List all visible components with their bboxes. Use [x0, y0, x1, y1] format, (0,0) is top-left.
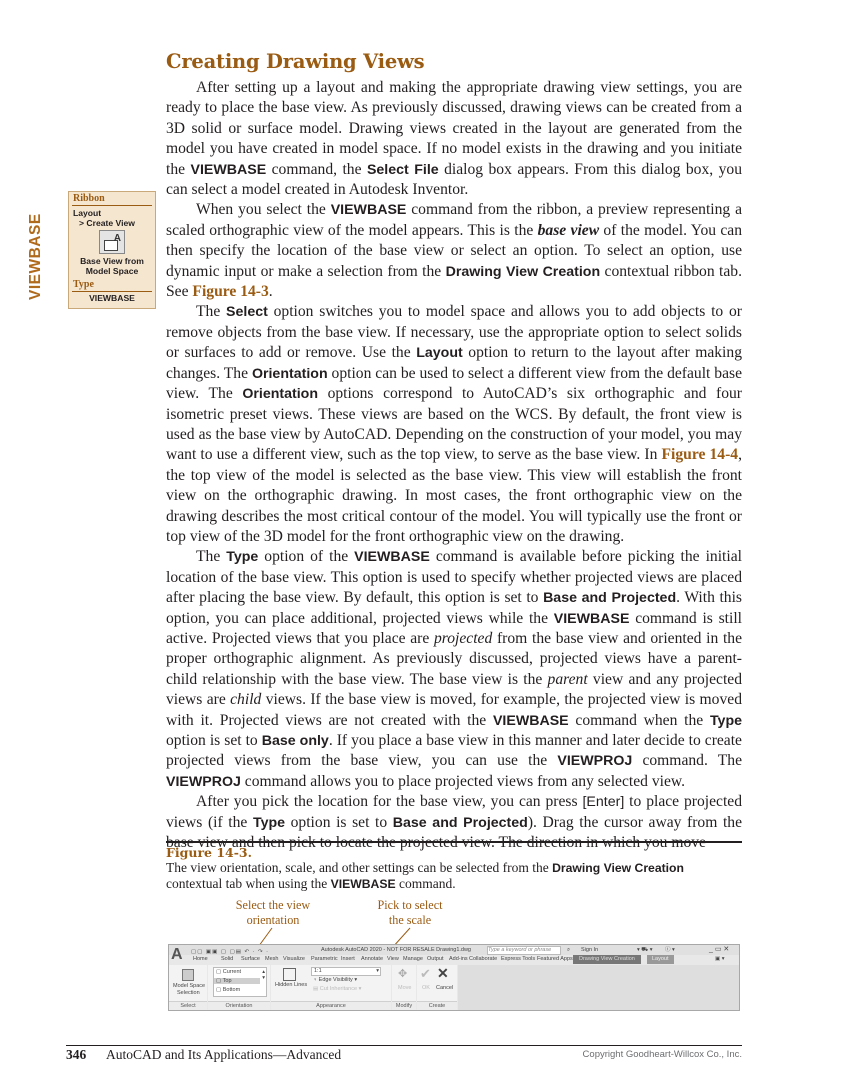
move-button[interactable]: Move: [398, 985, 411, 991]
footer-rule: [66, 1045, 742, 1046]
panel-label: Select: [169, 1001, 207, 1011]
autocad-ribbon-screenshot: A ▢▢ ▣▣ ▢ ▢▤ ↶ · ↷ · Autodesk AutoCAD 20…: [168, 944, 740, 1011]
search-input[interactable]: Type a keyword or phrase: [487, 946, 561, 955]
scale-value: 1:1: [314, 968, 322, 975]
cut-inheritance-button[interactable]: ▤ Cut Inheritance ▾: [313, 986, 361, 992]
orientation-panel: ▢ Current ▢ Top ▢ Bottom ▴▾ Orientation: [208, 965, 270, 1011]
orientation-gallery[interactable]: ▢ Current ▢ Top ▢ Bottom ▴▾: [213, 967, 267, 997]
ribbon-empty-area: [458, 965, 740, 1011]
select-panel: Model Space Selection Select: [169, 965, 207, 1011]
tab[interactable]: Collaborate: [469, 955, 497, 964]
orientation-option-selected[interactable]: ▢ Top: [214, 978, 260, 984]
cart-icon[interactable]: ▾ ⛟ ▾: [637, 945, 653, 955]
model-space-selection-icon[interactable]: [182, 969, 194, 981]
chevron-down-icon: ▾: [376, 968, 379, 975]
gallery-scroll[interactable]: ▴▾: [262, 969, 265, 981]
panel-label: Appearance: [271, 1001, 391, 1011]
hidden-lines-button[interactable]: Hidden Lines: [275, 982, 307, 988]
tab[interactable]: Add-ins: [449, 955, 468, 964]
tab[interactable]: View: [387, 955, 399, 964]
ribbon-tabs: Home Solid Surface Mesh Visualize Parame…: [169, 955, 739, 964]
ok-button[interactable]: OK: [422, 985, 430, 991]
tab[interactable]: Featured Apps: [537, 955, 573, 964]
copyright: Copyright Goodheart-Willcox Co., Inc.: [583, 1049, 742, 1060]
panel-label: Modify: [392, 1001, 416, 1011]
window-title: Autodesk AutoCAD 2020 - NOT FOR RESALE D…: [321, 945, 471, 955]
check-icon[interactable]: ✔: [420, 966, 431, 982]
modify-panel: ✥ Move Modify: [392, 965, 416, 1011]
hidden-lines-icon[interactable]: [283, 968, 296, 981]
appearance-panel: Hidden Lines 1:1 ▾ ♀ Edge Visibility ▾ ▤…: [271, 965, 391, 1011]
tab-layout[interactable]: Layout: [647, 955, 674, 964]
tab[interactable]: Visualize: [283, 955, 305, 964]
tab[interactable]: Home: [193, 955, 208, 964]
callout-leaders: [0, 0, 849, 1087]
create-panel: ✔ ✕ OK Cancel Create: [417, 965, 457, 1011]
book-title: AutoCAD and Its Applications—Advanced: [106, 1047, 341, 1063]
panel-label: Orientation: [208, 1001, 270, 1011]
close-icon[interactable]: ✕: [437, 965, 449, 982]
tab[interactable]: Output: [427, 955, 444, 964]
tab[interactable]: Parametric: [311, 955, 338, 964]
tab[interactable]: Surface: [241, 955, 260, 964]
tab[interactable]: Express Tools: [501, 955, 535, 964]
model-space-selection-button-line2[interactable]: Selection: [177, 990, 200, 996]
panel-label: Create: [417, 1001, 457, 1011]
window-controls[interactable]: _ ▭ ✕: [709, 945, 729, 955]
tab[interactable]: Annotate: [361, 955, 383, 964]
tab[interactable]: Mesh: [265, 955, 278, 964]
help-icon[interactable]: ⓘ ▾: [665, 945, 675, 955]
page-number: 346: [66, 1047, 86, 1063]
ribbon-title-bar: A ▢▢ ▣▣ ▢ ▢▤ ↶ · ↷ · Autodesk AutoCAD 20…: [169, 945, 739, 955]
sign-in-button[interactable]: Sign In: [581, 945, 598, 955]
move-icon[interactable]: ✥: [398, 967, 407, 980]
orientation-option[interactable]: ▢ Current: [216, 969, 241, 975]
tab-drawing-view-creation[interactable]: Drawing View Creation: [573, 955, 641, 964]
tab[interactable]: Insert: [341, 955, 355, 964]
edge-visibility-button[interactable]: ♀ Edge Visibility ▾: [313, 977, 357, 983]
tab[interactable]: Solid: [221, 955, 233, 964]
binoculars-icon[interactable]: ⌕: [567, 945, 570, 955]
ribbon-options-icon[interactable]: ▣ ▾: [715, 955, 725, 964]
tab[interactable]: Manage: [403, 955, 423, 964]
cancel-button[interactable]: Cancel: [436, 985, 453, 991]
orientation-option[interactable]: ▢ Bottom: [216, 987, 240, 993]
scale-dropdown[interactable]: 1:1 ▾: [311, 967, 381, 976]
model-space-selection-button[interactable]: Model Space: [173, 983, 205, 989]
